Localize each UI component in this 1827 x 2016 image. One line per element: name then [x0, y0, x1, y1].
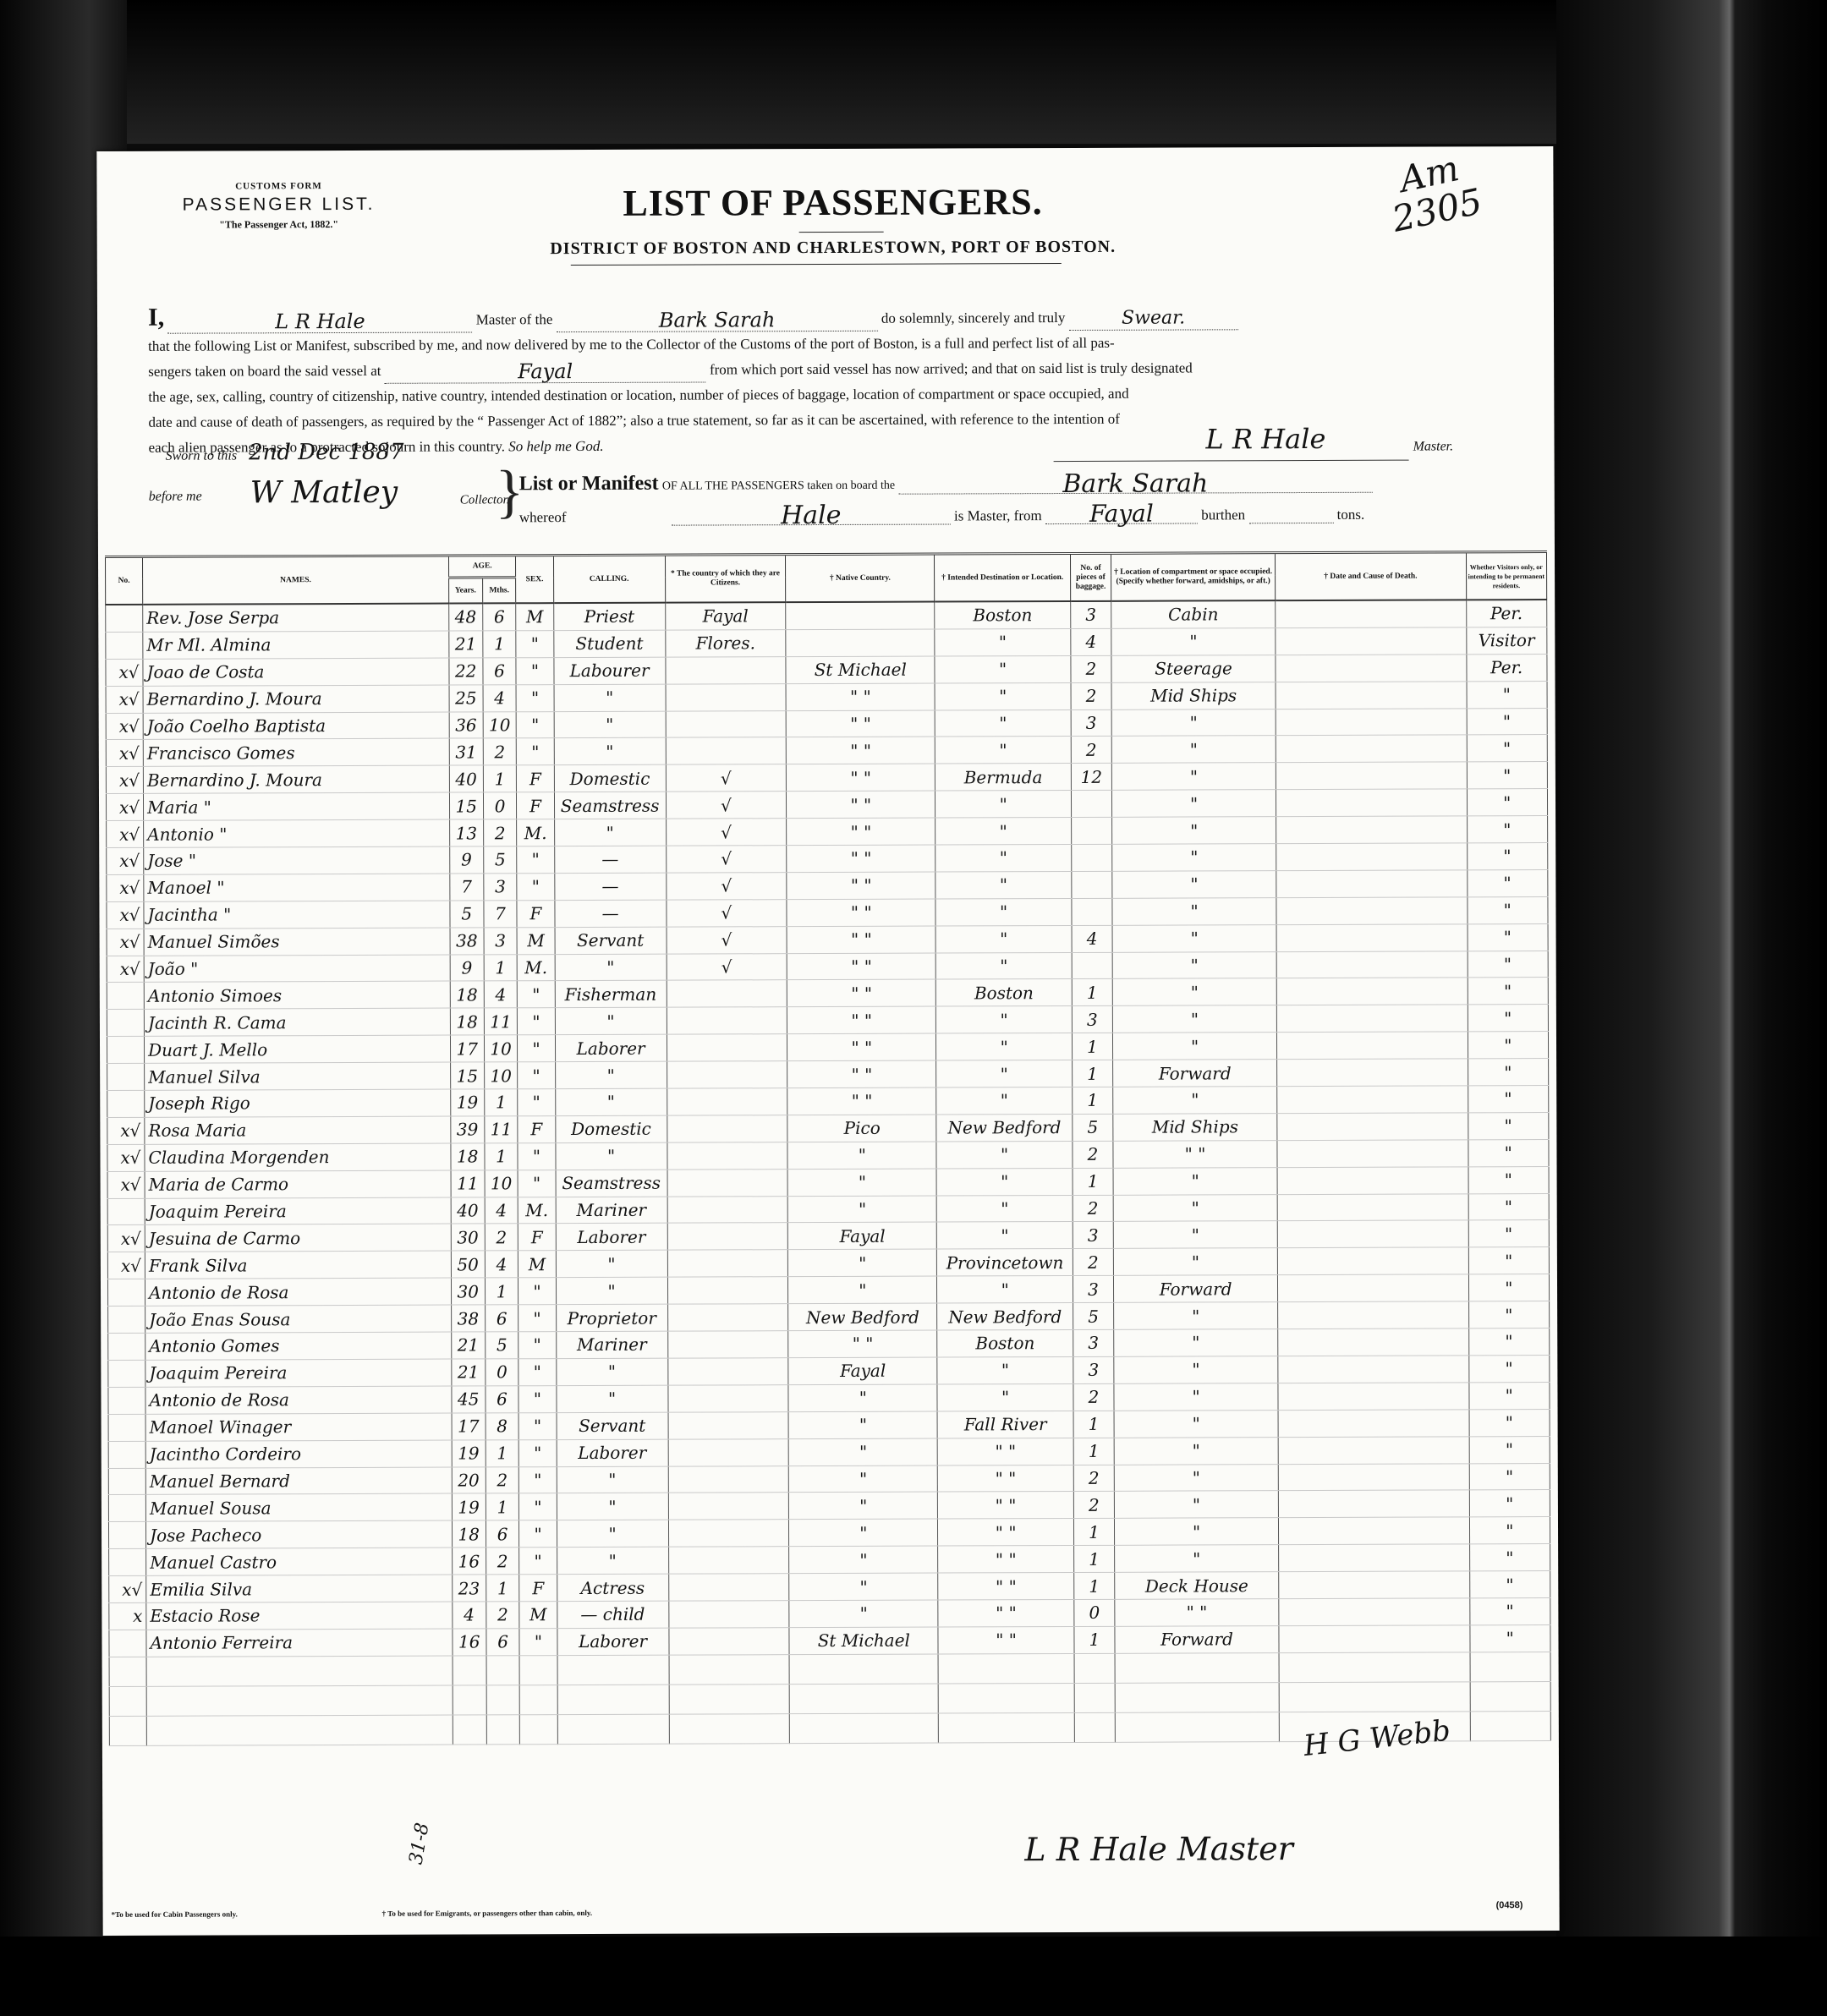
age-months: 1: [483, 765, 517, 792]
manifest-page: CUSTOMS FORM PASSENGER LIST. "The Passen…: [96, 146, 1559, 1936]
is-master-from-label: is Master, from: [954, 507, 1042, 523]
intention-cell: ": [1468, 1301, 1550, 1328]
sex-cell: ": [518, 1385, 556, 1412]
calling-cell: Servant: [555, 927, 667, 954]
destination-cell: ": [936, 952, 1073, 979]
empty-cell: [1279, 1652, 1470, 1683]
destination-cell: " ": [938, 1573, 1074, 1600]
death-cause-cell: [1277, 1032, 1468, 1060]
age-years: 36: [449, 711, 483, 738]
compartment-location-cell: ": [1114, 1383, 1278, 1411]
whereof-label: whereof: [519, 509, 567, 525]
age-years: 5: [450, 901, 484, 928]
empty-cell: [486, 1715, 520, 1745]
intention-cell: ": [1468, 1032, 1549, 1059]
col-header-intention: Whether Visitors only, or intending to b…: [1466, 552, 1547, 600]
death-cause-cell: [1277, 1140, 1468, 1168]
empty-cell: [939, 1712, 1075, 1743]
death-cause-cell: [1279, 1517, 1470, 1545]
empty-table-row: [109, 1681, 1550, 1716]
sex-cell: F: [518, 1116, 555, 1143]
age-years: 13: [449, 819, 483, 846]
empty-cell: [520, 1685, 557, 1714]
citizen-country-cell: √: [667, 926, 787, 953]
age-years: 40: [449, 765, 483, 792]
calling-cell: Seamstress: [554, 792, 666, 819]
row-mark: x√: [107, 956, 144, 983]
compartment-location-cell: ": [1114, 1329, 1278, 1357]
intention-cell: ": [1468, 923, 1549, 950]
citizen-country-cell: [668, 1601, 789, 1628]
citizen-country-cell: [667, 1358, 788, 1385]
calling-cell: Proprietor: [556, 1304, 667, 1331]
death-cause-cell: [1276, 708, 1467, 736]
row-mark: [108, 1414, 145, 1441]
row-mark: x√: [107, 1252, 145, 1279]
passenger-name: Antonio Ferreira: [146, 1629, 453, 1657]
sex-cell: ": [519, 1520, 557, 1548]
empty-cell: [486, 1685, 520, 1715]
intention-cell: ": [1468, 1166, 1550, 1193]
age-months: 0: [485, 1359, 518, 1386]
destination-cell: ": [937, 1276, 1073, 1303]
native-country-cell: ": [788, 1276, 937, 1304]
age-years: 15: [449, 792, 483, 819]
sex-cell: ": [519, 1548, 557, 1575]
destination-cell: ": [937, 1195, 1073, 1222]
age-months: 2: [483, 738, 517, 765]
native-country-cell: ": [789, 1573, 938, 1601]
passenger-name: Manuel Sousa: [145, 1493, 452, 1521]
intention-cell: ": [1467, 843, 1548, 870]
passenger-tally: 31-8: [406, 1822, 434, 1866]
age-years: 19: [452, 1493, 486, 1520]
native-country-cell: " ": [786, 683, 935, 711]
passenger-table-body: Rev. Jose Serpa486MPriestFayalBoston3Cab…: [106, 600, 1551, 1745]
native-country-cell: " ": [787, 926, 935, 954]
passenger-name: Joao de Costa: [143, 658, 449, 686]
baggage-count-cell: 2: [1073, 1141, 1113, 1168]
col-header-sex: SEX.: [516, 556, 553, 604]
master-signature-top: L R Hale: [1205, 423, 1325, 455]
destination-cell: ": [936, 1141, 1073, 1168]
compartment-location-cell: ": [1111, 736, 1276, 764]
compartment-location-cell: ": [1112, 844, 1276, 872]
passenger-name: Joaquim Pereira: [145, 1197, 451, 1225]
manifest-master-field: Hale: [672, 500, 951, 525]
citizen-country-cell: [667, 1007, 787, 1034]
native-country-cell: ": [789, 1546, 938, 1574]
intention-cell: ": [1469, 1544, 1550, 1571]
compartment-location-cell: ": [1115, 1518, 1279, 1546]
native-country-cell: ": [787, 1196, 936, 1224]
compartment-location-cell: " ": [1113, 1140, 1277, 1168]
oath-line-6b: So help me God.: [508, 438, 603, 454]
compartment-location-cell: ": [1111, 763, 1276, 791]
age-years: 18: [451, 1143, 485, 1170]
intention-cell: ": [1469, 1409, 1550, 1436]
age-years: 45: [452, 1386, 486, 1413]
age-years: 22: [449, 658, 483, 685]
oath-i-label: I,: [148, 304, 164, 331]
citizen-country-cell: [667, 1088, 787, 1115]
customs-form-header: CUSTOMS FORM PASSENGER LIST. "The Passen…: [177, 181, 380, 232]
sex-cell: ": [516, 631, 553, 658]
row-mark: [108, 1306, 145, 1333]
baggage-count-cell: 1: [1072, 979, 1112, 1006]
customs-form-label: CUSTOMS FORM: [177, 181, 380, 192]
intention-cell: ": [1468, 1086, 1549, 1113]
death-cause-cell: [1277, 1059, 1468, 1087]
age-years: 17: [452, 1413, 486, 1440]
calling-cell: ": [557, 1493, 668, 1520]
death-cause-cell: [1276, 816, 1468, 844]
col-header-citizen: * The country of which they are Citizens…: [665, 555, 786, 603]
passenger-name: Bernardino J. Moura: [143, 685, 449, 713]
passenger-name: João Enas Sousa: [145, 1305, 452, 1333]
age-months: 6: [483, 658, 517, 685]
citizen-country-cell: √: [666, 846, 787, 873]
death-cause-cell: [1276, 762, 1467, 790]
empty-cell: [520, 1655, 557, 1685]
destination-cell: ": [935, 845, 1072, 872]
intention-cell: ": [1467, 816, 1548, 843]
age-years: 4: [453, 1602, 486, 1629]
age-months: 1: [485, 1143, 518, 1170]
footnote-emigrants: † To be used for Emigrants, or passenger…: [382, 1909, 593, 1918]
age-months: 4: [484, 981, 518, 1008]
native-country-cell: St Michael: [786, 656, 935, 684]
row-mark: [106, 632, 143, 659]
empty-cell: [1470, 1652, 1551, 1681]
baggage-count-cell: 5: [1073, 1114, 1113, 1141]
sex-cell: F: [517, 765, 554, 792]
row-mark: [107, 1198, 145, 1225]
compartment-location-cell: " ": [1115, 1599, 1279, 1627]
sex-cell: ": [516, 657, 553, 684]
death-cause-cell: [1277, 1193, 1468, 1221]
calling-cell: ": [554, 684, 666, 711]
row-mark: [106, 605, 143, 633]
native-country-cell: " ": [786, 737, 935, 765]
native-country-cell: Fayal: [788, 1357, 937, 1385]
baggage-count-cell: 4: [1072, 925, 1112, 952]
intention-cell: ": [1467, 708, 1548, 735]
destination-cell: " ": [938, 1626, 1074, 1653]
age-years: 20: [452, 1466, 486, 1493]
row-mark: x√: [106, 794, 143, 821]
destination-cell: Bermuda: [935, 764, 1072, 791]
intention-cell: ": [1468, 1059, 1549, 1086]
burthen-field: [1248, 499, 1333, 523]
baggage-count-cell: [1072, 844, 1112, 871]
native-country-cell: ": [789, 1519, 938, 1547]
death-cause-cell: [1279, 1598, 1470, 1626]
citizen-country-cell: Flores.: [665, 630, 786, 657]
vessel-name-field: Bark Sarah: [557, 307, 878, 332]
destination-cell: Boston: [935, 601, 1071, 629]
empty-cell: [146, 1656, 453, 1686]
citizen-country-cell: [668, 1411, 789, 1438]
col-header-names: NAMES.: [143, 556, 449, 605]
native-country-cell: " ": [787, 791, 935, 819]
intention-cell: Per.: [1466, 654, 1547, 681]
calling-cell: ": [557, 1466, 668, 1493]
baggage-count-cell: 2: [1071, 682, 1111, 709]
col-header-no: No.: [105, 556, 142, 605]
compartment-location-cell: Cabin: [1111, 600, 1276, 628]
calling-cell: ": [556, 1358, 667, 1385]
citizen-country-cell: [667, 1142, 788, 1169]
age-years: 18: [452, 1520, 486, 1548]
empty-cell: [1074, 1712, 1115, 1742]
intention-cell: ": [1467, 896, 1548, 923]
citizen-country-cell: [668, 1438, 789, 1465]
citizen-country-cell: [669, 1628, 790, 1655]
age-months: 4: [485, 1197, 518, 1224]
passenger-name: Jose Pacheco: [146, 1520, 453, 1548]
sex-cell: F: [518, 1224, 556, 1251]
calling-cell: Seamstress: [556, 1170, 667, 1197]
intention-cell: ": [1469, 1517, 1550, 1544]
calling-cell: Fisherman: [555, 981, 667, 1008]
destination-cell: ": [936, 1033, 1073, 1060]
passenger-name: Manoel Winager: [145, 1413, 452, 1441]
swear-field: Swear.: [1069, 305, 1238, 331]
baggage-count-cell: 2: [1071, 737, 1111, 764]
passenger-name: Antonio de Rosa: [145, 1278, 452, 1306]
calling-cell: Domestic: [554, 765, 666, 792]
row-mark: x√: [107, 847, 144, 874]
age-years: 30: [451, 1224, 485, 1251]
destination-cell: Boston: [936, 979, 1073, 1006]
destination-cell: ": [937, 1383, 1073, 1411]
death-cause-cell: [1276, 843, 1468, 871]
death-cause-cell: [1276, 655, 1467, 682]
age-years: 19: [450, 1089, 484, 1116]
sex-cell: ": [517, 874, 554, 901]
archive-corner-note: Am 2305: [1359, 142, 1507, 244]
compartment-location-cell: ": [1114, 1356, 1278, 1384]
calling-cell: Actress: [557, 1574, 668, 1601]
native-country-cell: " ": [787, 1060, 936, 1088]
sex-cell: ": [517, 684, 554, 711]
intention-cell: ": [1468, 1112, 1549, 1139]
native-country-cell: St Michael: [789, 1627, 938, 1655]
compartment-location-cell: Forward: [1114, 1275, 1278, 1303]
citizen-country-cell: [667, 1277, 788, 1304]
manifest-line-2: whereof Hale is Master, from Fayal burth…: [519, 499, 1365, 526]
baggage-count-cell: 12: [1071, 764, 1111, 791]
act-label: "The Passenger Act, 1882.": [178, 218, 381, 232]
age-months: 2: [486, 1466, 519, 1493]
citizen-country-cell: [667, 1115, 787, 1142]
sworn-label: Sworn to this: [166, 448, 238, 463]
row-mark: [108, 1522, 145, 1549]
citizen-country-cell: [667, 1223, 788, 1250]
empty-cell: [453, 1685, 486, 1715]
sex-cell: F: [517, 792, 554, 819]
calling-cell: Laborer: [557, 1439, 668, 1466]
intention-cell: ": [1468, 1193, 1550, 1220]
sex-cell: ": [518, 1332, 556, 1359]
death-cause-cell: [1277, 1247, 1468, 1275]
calling-cell: ": [556, 1251, 667, 1278]
death-cause-cell: [1276, 870, 1468, 898]
empty-cell: [557, 1714, 669, 1744]
passenger-name: Joaquim Pereira: [145, 1359, 452, 1387]
empty-cell: [146, 1685, 453, 1716]
age-months: 11: [484, 1116, 518, 1143]
citizen-country-cell: [667, 980, 787, 1007]
compartment-location-cell: ": [1113, 1087, 1277, 1115]
age-years: 7: [450, 874, 484, 901]
compartment-location-cell: Mid Ships: [1113, 1114, 1277, 1142]
empty-cell: [1115, 1682, 1279, 1712]
passenger-name: João ": [144, 955, 450, 983]
calling-cell: ": [554, 738, 666, 765]
passenger-name: Manoel ": [144, 874, 450, 901]
sex-cell: ": [519, 1439, 557, 1466]
col-header-age: AGE.: [448, 556, 516, 578]
calling-cell: ": [555, 954, 667, 981]
native-country-cell: " ": [788, 1330, 937, 1358]
death-cause-cell: [1276, 978, 1468, 1005]
passenger-name: Bernardino J. Moura: [143, 765, 449, 793]
death-cause-cell: [1278, 1383, 1469, 1411]
col-header-location: † Location of compartment or space occup…: [1111, 553, 1276, 601]
passenger-name: Jacintha ": [144, 901, 450, 929]
calling-cell: ": [557, 1520, 668, 1547]
native-country-cell: ": [789, 1492, 938, 1520]
citizen-country-cell: [667, 1061, 787, 1088]
sex-cell: ": [517, 738, 554, 765]
calling-cell: ": [556, 1385, 667, 1412]
col-header-years: Years.: [448, 578, 482, 603]
empty-table-row: [109, 1652, 1550, 1686]
age-years: 9: [450, 954, 484, 981]
baggage-count-cell: 1: [1074, 1572, 1115, 1599]
destination-cell: ": [935, 791, 1072, 818]
district-heading: DISTRICT OF BOSTON AND CHARLESTOWN, PORT…: [444, 237, 1222, 259]
sworn-line: Sworn to this 2nd Dec 1887: [166, 440, 404, 466]
passenger-name: Mr Ml. Almina: [143, 631, 449, 659]
calling-cell: ": [557, 1547, 668, 1574]
baggage-count-cell: 2: [1071, 655, 1111, 682]
row-mark: [107, 983, 144, 1010]
age-years: 9: [449, 846, 483, 874]
sex-cell: ": [518, 1089, 555, 1116]
sex-cell: M: [518, 927, 555, 954]
baggage-count-cell: 2: [1073, 1195, 1113, 1222]
master-label-top: Master.: [1413, 439, 1454, 454]
row-mark: [109, 1548, 146, 1575]
passenger-name: Jacinth R. Cama: [144, 1008, 450, 1036]
native-country-cell: ": [788, 1411, 937, 1439]
sex-cell: ": [518, 1278, 556, 1305]
empty-cell: [557, 1685, 669, 1714]
empty-cell: [669, 1684, 790, 1713]
master-signature-bottom: L R Hale Master: [1024, 1830, 1293, 1868]
citizen-country-cell: [668, 1574, 789, 1601]
intention-cell: ": [1469, 1463, 1550, 1490]
sex-cell: ": [518, 1062, 555, 1089]
death-cause-cell: [1276, 600, 1467, 627]
calling-cell: —: [554, 900, 666, 927]
sex-cell: F: [519, 1575, 557, 1602]
age-years: 18: [450, 1008, 484, 1035]
destination-cell: New Bedford: [937, 1303, 1073, 1330]
page-title: LIST OF PASSENGERS.: [587, 180, 1078, 225]
destination-cell: " ": [938, 1546, 1074, 1573]
manifest-line-1: List or Manifest OF ALL THE PASSENGERS t…: [519, 468, 1373, 496]
row-mark: x√: [106, 767, 143, 794]
oath-section: I, L R Hale Master of the Bark Sarah do …: [148, 271, 1502, 432]
destination-cell: ": [936, 1060, 1073, 1087]
age-months: 1: [482, 631, 516, 658]
baggage-count-cell: 3: [1072, 1006, 1112, 1033]
baggage-count-cell: 2: [1073, 1249, 1113, 1276]
solemnly-label: do solemnly, sincerely and truly: [881, 310, 1066, 326]
citizen-country-cell: [667, 1196, 788, 1223]
passenger-name: Joseph Rigo: [145, 1089, 451, 1117]
intention-cell: ": [1468, 1355, 1550, 1382]
native-country-cell: Fayal: [788, 1223, 937, 1251]
age-months: 1: [486, 1493, 519, 1520]
age-months: 1: [484, 954, 518, 981]
age-months: 2: [483, 819, 517, 846]
compartment-location-cell: ": [1114, 1302, 1278, 1330]
destination-cell: " ": [938, 1465, 1074, 1492]
empty-cell: [486, 1656, 520, 1685]
baggage-count-cell: [1071, 817, 1111, 844]
compartment-location-cell: ": [1112, 871, 1276, 899]
empty-cell: [109, 1716, 146, 1745]
age-years: 48: [448, 603, 482, 631]
intention-cell: ": [1469, 1597, 1550, 1624]
calling-cell: ": [554, 819, 666, 846]
death-cause-cell: [1278, 1356, 1469, 1383]
compartment-location-cell: Steerage: [1111, 655, 1276, 682]
intention-cell: ": [1469, 1571, 1550, 1598]
age-months: 2: [486, 1602, 519, 1629]
age-years: 39: [451, 1116, 485, 1143]
compartment-location-cell: Mid Ships: [1111, 682, 1276, 709]
native-country-cell: " ": [787, 1006, 936, 1034]
calling-cell: Laborer: [556, 1224, 667, 1251]
age-months: 1: [484, 1089, 518, 1116]
baggage-count-cell: 3: [1073, 1276, 1113, 1303]
native-country-cell: " ": [787, 818, 935, 846]
citizen-country-cell: √: [666, 792, 787, 819]
death-cause-cell: [1276, 789, 1468, 817]
compartment-location-cell: ": [1112, 951, 1276, 979]
intention-cell: ": [1467, 735, 1548, 762]
native-country-cell: ": [789, 1600, 938, 1628]
row-mark: [108, 1468, 145, 1495]
citizen-country-cell: [667, 1169, 788, 1196]
master-signature-line: [1054, 460, 1409, 462]
col-header-calling: CALLING.: [553, 555, 665, 603]
empty-cell: [1115, 1652, 1279, 1683]
film-border-top: [0, 0, 1827, 144]
compartment-location-cell: ": [1112, 924, 1276, 952]
row-mark: x√: [106, 740, 143, 767]
compartment-location-cell: ": [1112, 790, 1276, 818]
calling-cell: Labourer: [553, 657, 665, 684]
compartment-location-cell: ": [1111, 628, 1276, 656]
empty-cell: [1470, 1681, 1551, 1711]
